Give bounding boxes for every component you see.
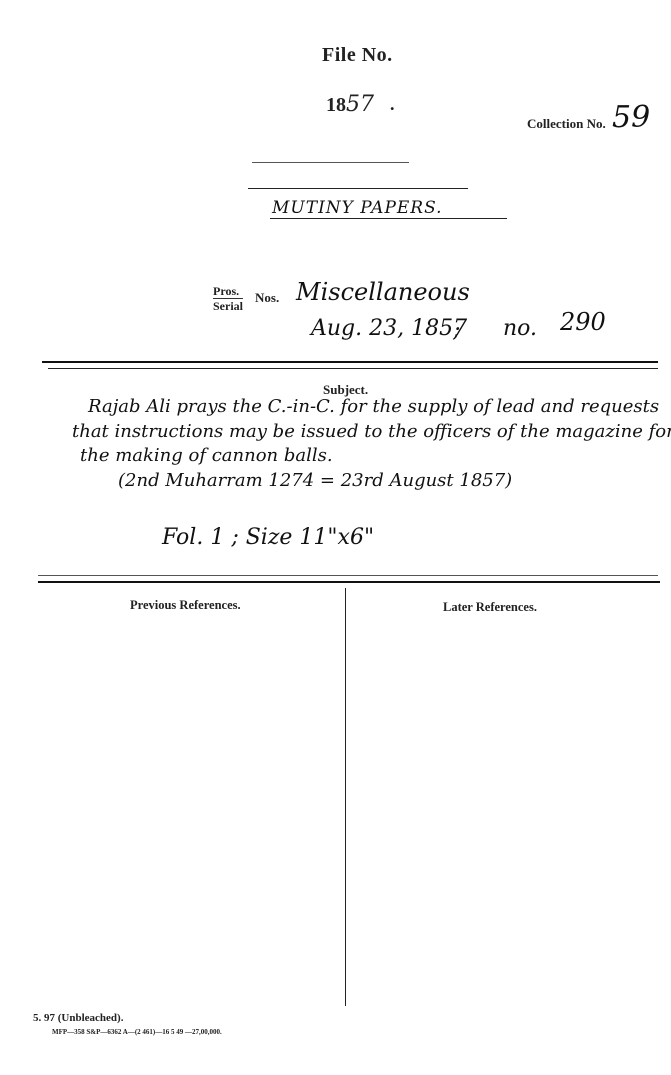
subject-date-line: (2nd Muharram 1274 = 23rd August 1857) bbox=[118, 470, 512, 491]
references-top-rule-2 bbox=[38, 581, 660, 583]
category-value: Miscellaneous bbox=[296, 278, 470, 306]
subject-text-line: that instructions may be issued to the o… bbox=[72, 421, 671, 442]
file-number-handwritten: 57 bbox=[346, 92, 374, 117]
file-number-label: File No. bbox=[322, 44, 393, 67]
subject-top-rule-2 bbox=[48, 368, 658, 369]
title-underline bbox=[270, 218, 507, 219]
document-number-label: no. bbox=[503, 316, 537, 341]
file-number-printed: 18 bbox=[326, 94, 346, 116]
subject-top-rule-1 bbox=[42, 361, 658, 363]
nos-label: Nos. bbox=[255, 290, 279, 306]
folio-size-line: Fol. 1 ; Size 11"x6" bbox=[162, 525, 374, 550]
pros-label: Pros. bbox=[213, 284, 243, 299]
collection-number-value: 59 bbox=[612, 100, 650, 135]
pros-serial-label: Pros. Serial bbox=[213, 284, 243, 313]
subject-text-line: the making of cannon balls. bbox=[80, 445, 333, 466]
document-title: MUTINY PAPERS. bbox=[272, 198, 443, 218]
print-imprint: MFP—358 S&P—6362 A—(2 461)—16 5 49 —27,0… bbox=[52, 1028, 222, 1036]
date-separator: ; bbox=[453, 318, 460, 343]
document-number-value: 290 bbox=[560, 308, 606, 336]
header-rule-1 bbox=[252, 162, 409, 163]
file-number-value: 1857 bbox=[326, 92, 374, 117]
form-number: 5. 97 (Unbleached). bbox=[33, 1012, 123, 1024]
file-number-dot: . bbox=[390, 94, 395, 115]
references-top-rule-1 bbox=[38, 575, 658, 576]
header-rule-2 bbox=[248, 188, 468, 189]
later-references-label: Later References. bbox=[443, 600, 537, 615]
subject-text-line: Rajab Ali prays the C.-in-C. for the sup… bbox=[88, 396, 659, 417]
previous-references-label: Previous References. bbox=[130, 598, 241, 613]
document-date: Aug. 23, 1857 bbox=[311, 316, 467, 341]
serial-label: Serial bbox=[213, 299, 243, 313]
references-column-divider bbox=[345, 588, 346, 1006]
collection-number-label: Collection No. bbox=[527, 116, 606, 132]
